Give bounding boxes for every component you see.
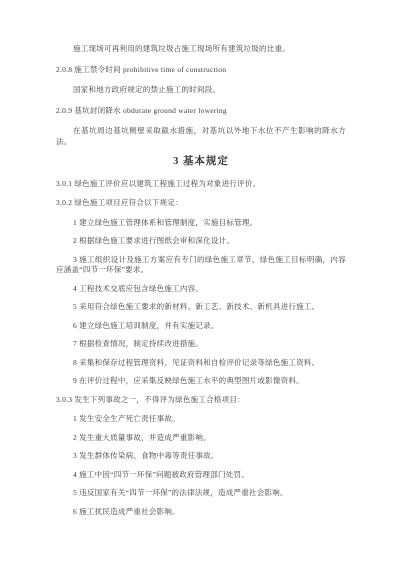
document-line: 1 发生安全生产死亡责任事故。 <box>56 414 346 425</box>
section-heading: 3 基本规定 <box>56 157 346 168</box>
document-line: 8 采集和保存过程管理资料、见证资料和自检评价记录等绿色施工资料。 <box>56 358 346 369</box>
document-line: 2.0.9 基坑封闭降水 obdurate ground water lower… <box>56 106 346 117</box>
document-line: 3.0.3 发生下列事故之一，不得评为绿色施工合格项目： <box>56 395 346 406</box>
document-text-block: 施工现场可再利用的建筑垃圾占施工现场所有建筑垃圾的比重。2.0.8 施工禁令时间… <box>56 44 346 525</box>
document-line: 施工现场可再利用的建筑垃圾占施工现场所有建筑垃圾的比重。 <box>56 44 346 55</box>
document-line: 3.0.1 绿色施工评价应以建筑工程施工过程为对象进行评价。 <box>56 179 346 190</box>
document-page: 施工现场可再利用的建筑垃圾占施工现场所有建筑垃圾的比重。2.0.8 施工禁令时间… <box>0 0 400 566</box>
document-line: 国家和地方政府规定的禁止施工的时间段。 <box>56 85 346 96</box>
document-line: 3.0.2 绿色施工项目应符合以下规定： <box>56 198 346 209</box>
document-line: 6 施工扰民造成严重社会影响。 <box>56 507 346 518</box>
document-line: 4 施工中因“四节一环保”问题被政府管理部门处罚。 <box>56 470 346 481</box>
document-line: 2 根据绿色施工要求进行图纸会审和深化设计。 <box>56 236 346 247</box>
document-line: 2 发生重大质量事故，并造成严重影响。 <box>56 433 346 444</box>
document-line: 9 在评价过程中，应采集反映绿色施工水平的典型图片或影像资料。 <box>56 376 346 387</box>
document-line: 在基坑周边基坑侧壁采取截水措施，对基坑以外地下水位不产生影响的降水方法。 <box>56 126 346 147</box>
document-line: 2.0.8 施工禁令时间 prohibitive time of constru… <box>56 65 346 76</box>
document-line: 3 施工组织设计及施工方案应有专门的绿色施工章节，绿色施工目标明确，内容应涵盖“… <box>56 255 346 276</box>
document-line: 3 发生群体传染病、食物中毒等责任事故。 <box>56 451 346 462</box>
document-line: 5 违反国家有关“四节一环保”的法律法规，造成严重社会影响。 <box>56 488 346 499</box>
document-line: 4 工程技术交底应包含绿色施工内容。 <box>56 284 346 295</box>
document-line: 5 采用符合绿色施工要求的新材料、新工艺、新技术、新机具进行施工。 <box>56 302 346 313</box>
document-line: 1 建立绿色施工管理体系和管理制度，实施目标管理。 <box>56 218 346 229</box>
document-line: 7 根据检查情况，制定持续改进措施。 <box>56 339 346 350</box>
document-line: 6 建立绿色施工培训制度，并有实施记录。 <box>56 321 346 332</box>
